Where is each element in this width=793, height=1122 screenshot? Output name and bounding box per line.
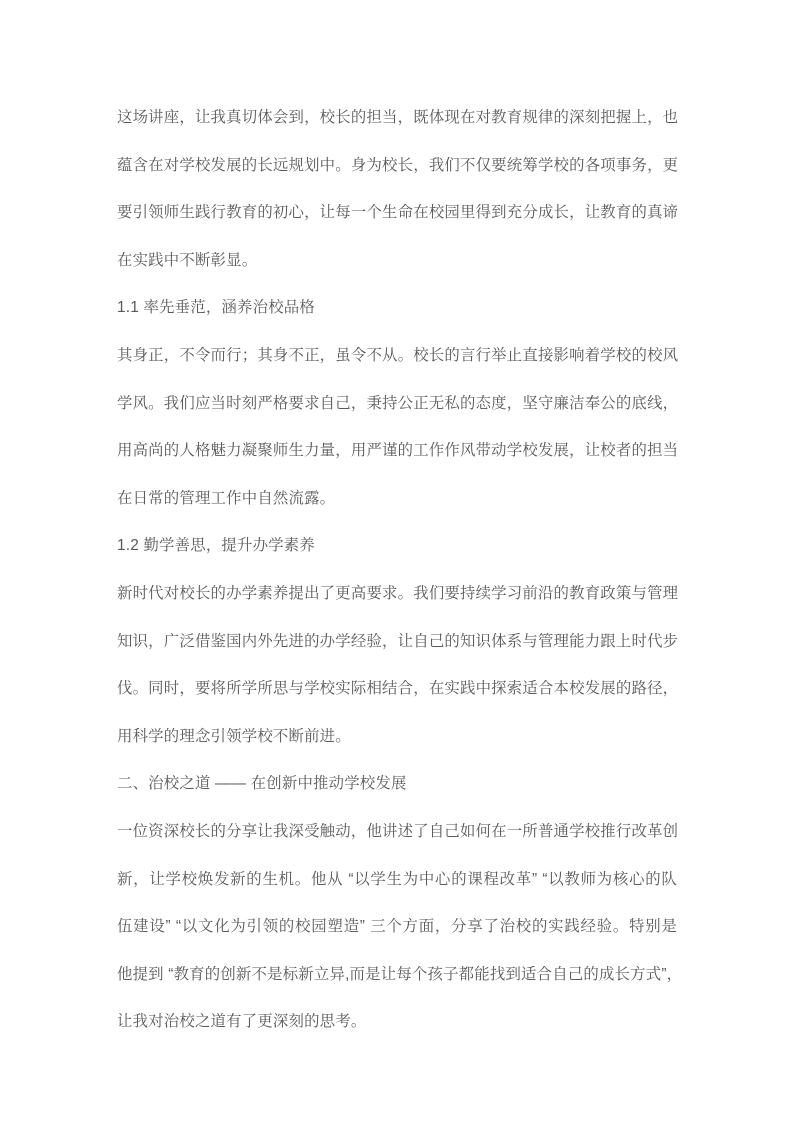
text-line: 新，让学校焕发新的生机。他从 “以学生为中心的课程改革” “以教师为核心的队 <box>117 856 677 904</box>
text-line: 要引领师生践行教育的初心，让每一个生命在校园里得到充分成长，让教育的真谛 <box>117 189 677 237</box>
text-line: 伍建设” “以文化为引领的校园塑造” 三个方面，分享了治校的实践经验。特别是 <box>117 903 677 951</box>
text-line: 知识，广泛借鉴国内外先进的办学经验，让自己的知识体系与管理能力跟上时代步 <box>117 618 677 666</box>
text-line: 伐。同时，要将所学所思与学校实际相结合，在实践中探索适合本校发展的路径， <box>117 665 677 713</box>
document-page: 这场讲座，让我真切体会到，校长的担当，既体现在对教育规律的深刻把握上，也蕴含在对… <box>0 0 793 1122</box>
text-line: 用高尚的人格魅力凝聚师生力量，用严谨的工作作风带动学校发展，让校者的担当 <box>117 427 677 475</box>
text-line: 在实践中不断彰显。 <box>117 237 677 285</box>
text-line: 蕴含在对学校发展的长远规划中。身为校长，我们不仅要统筹学校的各项事务，更 <box>117 142 677 190</box>
text-line: 在日常的管理工作中自然流露。 <box>117 475 677 523</box>
section-heading: 二、治校之道 —— 在创新中推动学校发展 <box>117 760 677 808</box>
text-line: 学风。我们应当时刻严格要求自己，秉持公正无私的态度，坚守廉洁奉公的底线， <box>117 380 677 428</box>
text-line: 其身正，不令而行；其身不正，虽令不从。校长的言行举止直接影响着学校的校风 <box>117 332 677 380</box>
text-line: 用科学的理念引领学校不断前进。 <box>117 713 677 761</box>
text-line: 这场讲座，让我真切体会到，校长的担当，既体现在对教育规律的深刻把握上，也 <box>117 94 677 142</box>
text-line: 他提到 “教育的创新不是标新立异,而是让每个孩子都能找到适合自己的成长方式”， <box>117 951 677 999</box>
text-line: 一位资深校长的分享让我深受触动，他讲述了自己如何在一所普通学校推行改革创 <box>117 808 677 856</box>
document-body: 这场讲座，让我真切体会到，校长的担当，既体现在对教育规律的深刻把握上，也蕴含在对… <box>117 94 677 1046</box>
text-line: 让我对治校之道有了更深刻的思考。 <box>117 998 677 1046</box>
text-line: 新时代对校长的办学素养提出了更高要求。我们要持续学习前沿的教育政策与管理 <box>117 570 677 618</box>
section-heading: 1.1 率先垂范，涵养治校品格 <box>117 284 677 332</box>
section-heading: 1.2 勤学善思，提升办学素养 <box>117 522 677 570</box>
